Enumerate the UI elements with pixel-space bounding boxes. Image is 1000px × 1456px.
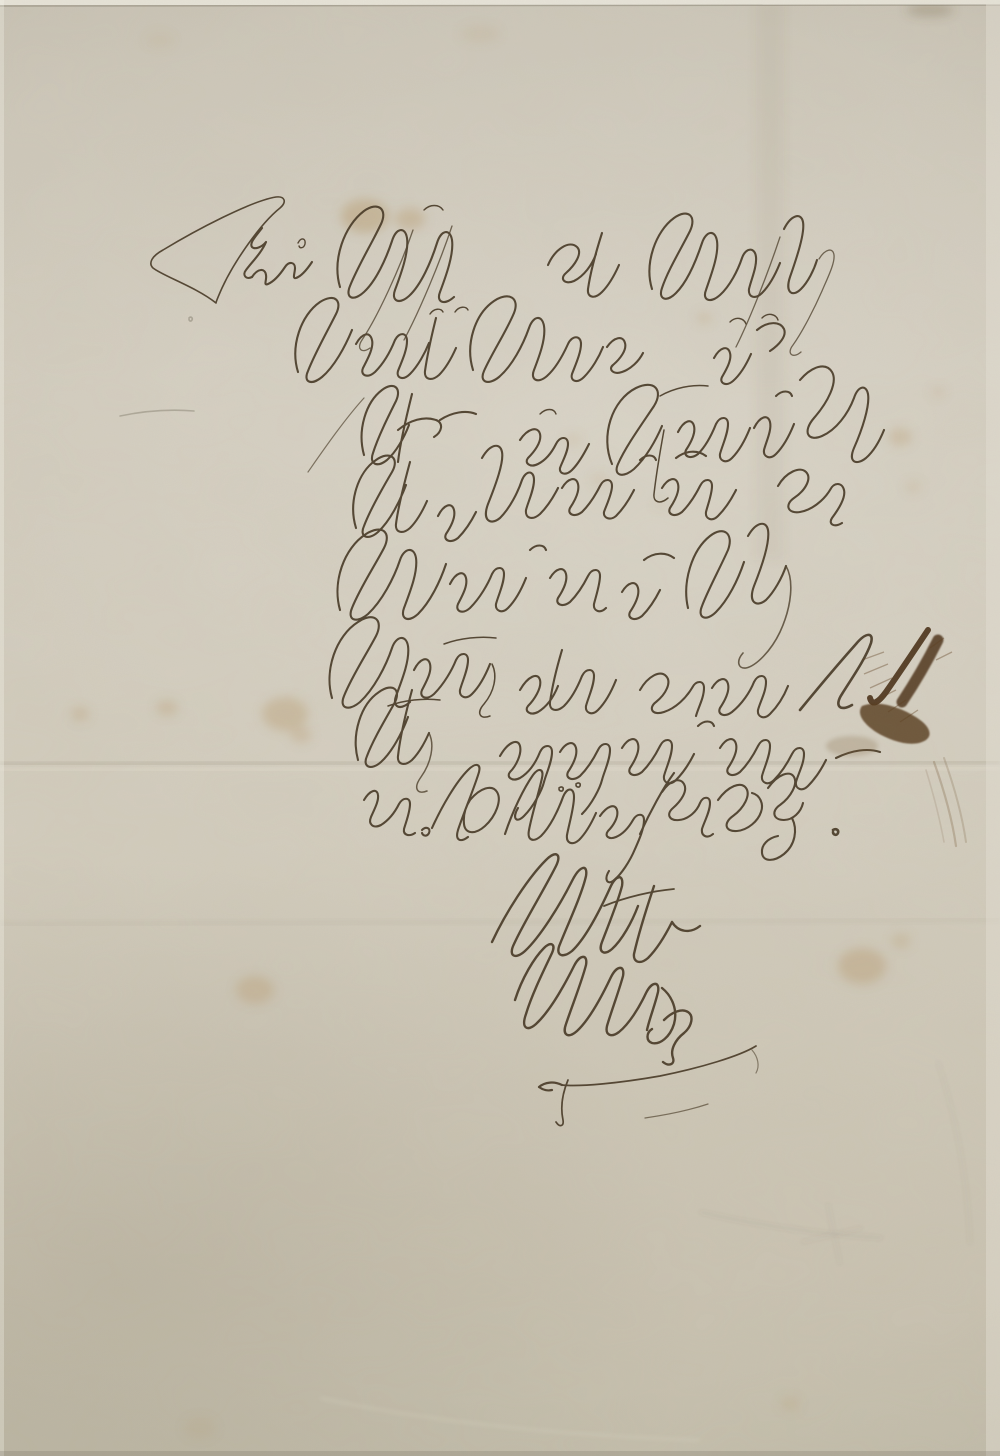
manuscript-artwork [0,0,1000,1456]
manuscript-photo [0,0,1000,1456]
paper-grain [0,0,1000,1456]
